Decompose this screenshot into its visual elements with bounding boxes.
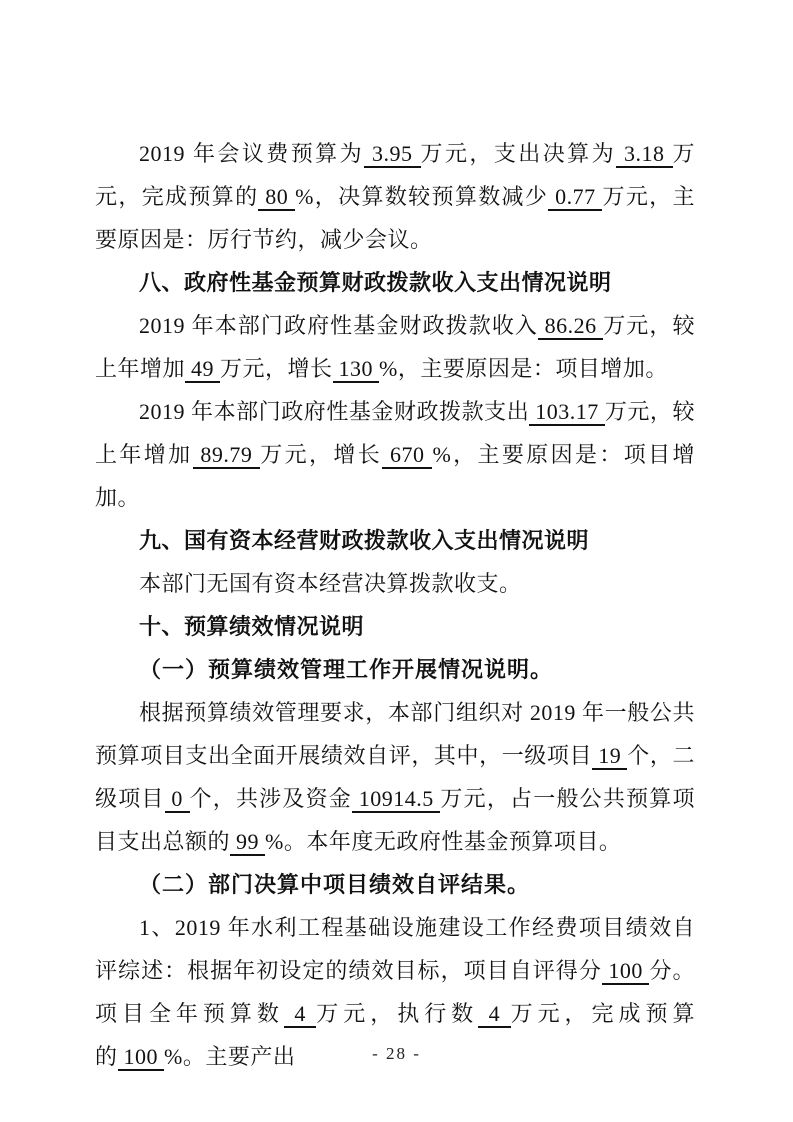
text-run: 本部门无国有资本经营决算拨款收支。 (139, 571, 522, 596)
underlined-value: 19 (592, 743, 627, 770)
paragraph: 2019 年会议费预算为 3.95 万元，支出决算为 3.18 万元，完成预算的… (95, 132, 695, 261)
document-page: 2019 年会议费预算为 3.95 万元，支出决算为 3.18 万元，完成预算的… (0, 0, 793, 1122)
text-run: %。本年度无政府性基金预算项目。 (265, 829, 621, 854)
underlined-value: 0.77 (548, 184, 602, 211)
underlined-value: 80 (258, 184, 295, 211)
text-run: 万元，增长 (220, 356, 333, 381)
sub-heading: （一）预算绩效管理工作开展情况说明。 (95, 648, 695, 691)
text-run: 2019 年本部门政府性基金财政拨款支出 (139, 399, 529, 424)
underlined-value: 4 (478, 1001, 510, 1028)
underlined-value: 4 (284, 1001, 316, 1028)
text-run: 2019 年会议费预算为 (139, 141, 364, 166)
sub-heading: （二）部门决算中项目绩效自评结果。 (95, 863, 695, 906)
underlined-value: 3.18 (616, 141, 672, 168)
underlined-value: 100 (602, 958, 650, 985)
underlined-value: 0 (165, 786, 190, 813)
paragraph: 本部门无国有资本经营决算拨款收支。 (95, 562, 695, 605)
text-run: 万元，增长 (260, 442, 382, 467)
underlined-value: 89.79 (193, 442, 261, 469)
text-run: （一）预算绩效管理工作开展情况说明。 (139, 657, 553, 682)
section-heading: 十、预算绩效情况说明 (95, 605, 695, 648)
document-body: 2019 年会议费预算为 3.95 万元，支出决算为 3.18 万元，完成预算的… (95, 132, 695, 1078)
text-run: %，主要原因是：项目增加。 (379, 356, 668, 381)
underlined-value: 670 (382, 442, 432, 469)
underlined-value: 3.95 (364, 141, 420, 168)
text-run: 个，共涉及资金 (190, 786, 352, 811)
text-run: 八、政府性基金预算财政拨款收入支出情况说明 (139, 270, 612, 295)
underlined-value: 10914.5 (352, 786, 440, 813)
underlined-value: 130 (333, 356, 380, 383)
underlined-value: 99 (230, 829, 265, 856)
section-heading: 八、政府性基金预算财政拨款收入支出情况说明 (95, 261, 695, 304)
text-run: （二）部门决算中项目绩效自评结果。 (139, 872, 530, 897)
text-run: 2019 年本部门政府性基金财政拨款收入 (139, 313, 538, 338)
section-heading: 九、国有资本经营财政拨款收入支出情况说明 (95, 519, 695, 562)
text-run: 十、预算绩效情况说明 (139, 614, 364, 639)
underlined-value: 103.17 (529, 399, 605, 426)
underlined-value: 49 (185, 356, 220, 383)
paragraph: 2019 年本部门政府性基金财政拨款支出 103.17 万元，较上年增加 89.… (95, 390, 695, 519)
text-run: 万元，执行数 (316, 1001, 478, 1026)
underlined-value: 86.26 (538, 313, 603, 340)
paragraph: 根据预算绩效管理要求，本部门组织对 2019 年一般公共预算项目支出全面开展绩效… (95, 691, 695, 863)
text-run: 万元，支出决算为 (421, 141, 617, 166)
text-run: 九、国有资本经营财政拨款收入支出情况说明 (139, 528, 589, 553)
text-run: %，决算数较预算数减少 (295, 184, 548, 209)
paragraph: 2019 年本部门政府性基金财政拨款收入 86.26 万元，较上年增加 49 万… (95, 304, 695, 390)
page-number: - 28 - (0, 1044, 793, 1064)
